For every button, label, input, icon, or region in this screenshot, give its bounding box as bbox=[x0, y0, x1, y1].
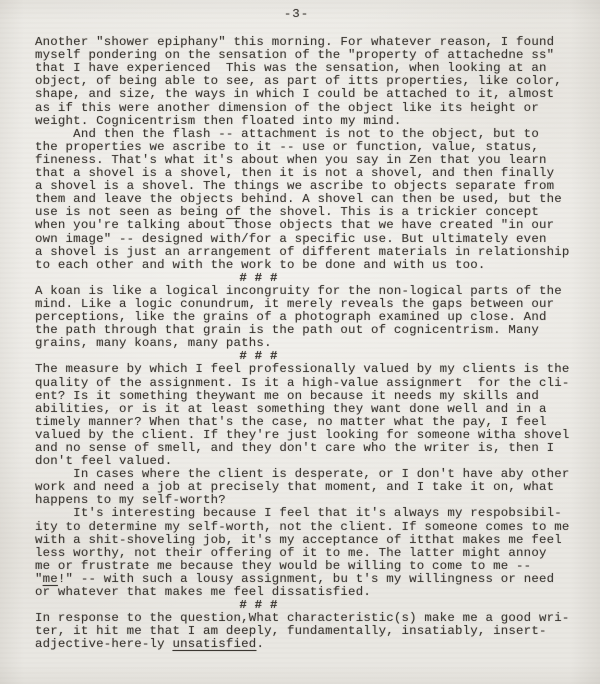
text-segment: when you're talking about those objects … bbox=[35, 218, 554, 232]
page-content: -3- Another "shower epiphany" this morni… bbox=[35, 8, 578, 652]
text-segment: !" -- with such a lousy assignment, bu t… bbox=[58, 572, 554, 586]
text-segment: ity to determine my self-worth, not the … bbox=[35, 520, 570, 534]
text-segment: adjective-here-ly bbox=[35, 637, 172, 651]
text-segment: quality of the assignment. Is it a high-… bbox=[35, 376, 570, 390]
text-segment: a shovel is just an arrangement of diffe… bbox=[35, 245, 570, 259]
text-segment: as if this were another dimension of the… bbox=[35, 101, 539, 115]
section-separator: # # # bbox=[0, 272, 530, 285]
text-segment: shape, and size, the ways in which I cou… bbox=[35, 87, 554, 101]
para-professional-value: The measure by which I feel professional… bbox=[35, 363, 578, 468]
text-segment: or whatever that makes me feel dissatisf… bbox=[35, 585, 371, 599]
text-segment: grains, many koans, many paths. bbox=[35, 336, 272, 350]
text-segment: with a shit-shoveling job, it's my accep… bbox=[35, 533, 562, 547]
text-segment: don't feel valued. bbox=[35, 454, 172, 468]
text-segment: and no sense of smell, and they don't ca… bbox=[35, 441, 554, 455]
text-line: or whatever that makes me feel dissatisf… bbox=[35, 586, 578, 599]
text-segment: It's interesting because I feel that it'… bbox=[35, 506, 562, 520]
text-segment: . bbox=[256, 637, 264, 651]
scanned-typewritten-page: -3- Another "shower epiphany" this morni… bbox=[0, 0, 600, 684]
text-segment: A koan is like a logical incongruity for… bbox=[35, 284, 562, 298]
text-segment: less worthy, not their offering of it to… bbox=[35, 546, 547, 560]
text-segment: to each other and with the work to be do… bbox=[35, 258, 486, 272]
para-desperate-client: In cases where the client is desperate, … bbox=[35, 468, 578, 507]
text-segment: abilities, or is it at least something t… bbox=[35, 402, 547, 416]
text-segment: own image" -- designed with/for a specif… bbox=[35, 232, 547, 246]
text-segment: weight. Cognicentrism then floated into … bbox=[35, 114, 402, 128]
text-segment: The measure by which I feel professional… bbox=[35, 362, 570, 376]
page-number: -3- bbox=[25, 8, 568, 21]
section-separator: # # # bbox=[0, 599, 530, 612]
document-body: Another "shower epiphany" this morning. … bbox=[35, 36, 578, 651]
text-line: grains, many koans, many paths. bbox=[35, 337, 578, 350]
text-segment: Another "shower epiphany" this morning. … bbox=[35, 35, 554, 49]
text-segment: fineness. That's what it's about when yo… bbox=[35, 153, 547, 167]
text-segment: perceptions, like the grains of a photog… bbox=[35, 310, 547, 324]
text-segment: timely manner? When that's the case, no … bbox=[35, 415, 547, 429]
text-line: adjective-here-ly unsatisfied. bbox=[35, 638, 578, 651]
text-segment: ent? Is it something theywant me on beca… bbox=[35, 389, 539, 403]
text-segment: me or frustrate me because they would be… bbox=[35, 559, 531, 573]
section-separator: # # # bbox=[0, 350, 530, 363]
text-segment: that a shovel is a shovel, then it is no… bbox=[35, 166, 554, 180]
text-segment: " bbox=[35, 572, 43, 586]
underlined-text: me bbox=[43, 572, 58, 586]
text-segment: valued by the client. If they're just lo… bbox=[35, 428, 570, 442]
para-shower-epiphany: Another "shower epiphany" this morning. … bbox=[35, 36, 578, 128]
text-line: to each other and with the work to be do… bbox=[35, 259, 578, 272]
text-segment: mind. Like a logic conundrum, it merely … bbox=[35, 297, 554, 311]
para-attachment-flash: And then the flash -- attachment is not … bbox=[35, 128, 578, 272]
underlined-text: unsatisfied bbox=[172, 637, 256, 651]
text-segment: the properties we ascribe to it -- use o… bbox=[35, 140, 539, 154]
para-self-worth: It's interesting because I feel that it'… bbox=[35, 507, 578, 599]
text-segment: And then the flash -- attachment is not … bbox=[35, 127, 539, 141]
para-koan: A koan is like a logical incongruity for… bbox=[35, 285, 578, 350]
para-good-writer: In response to the question,What charact… bbox=[35, 612, 578, 651]
